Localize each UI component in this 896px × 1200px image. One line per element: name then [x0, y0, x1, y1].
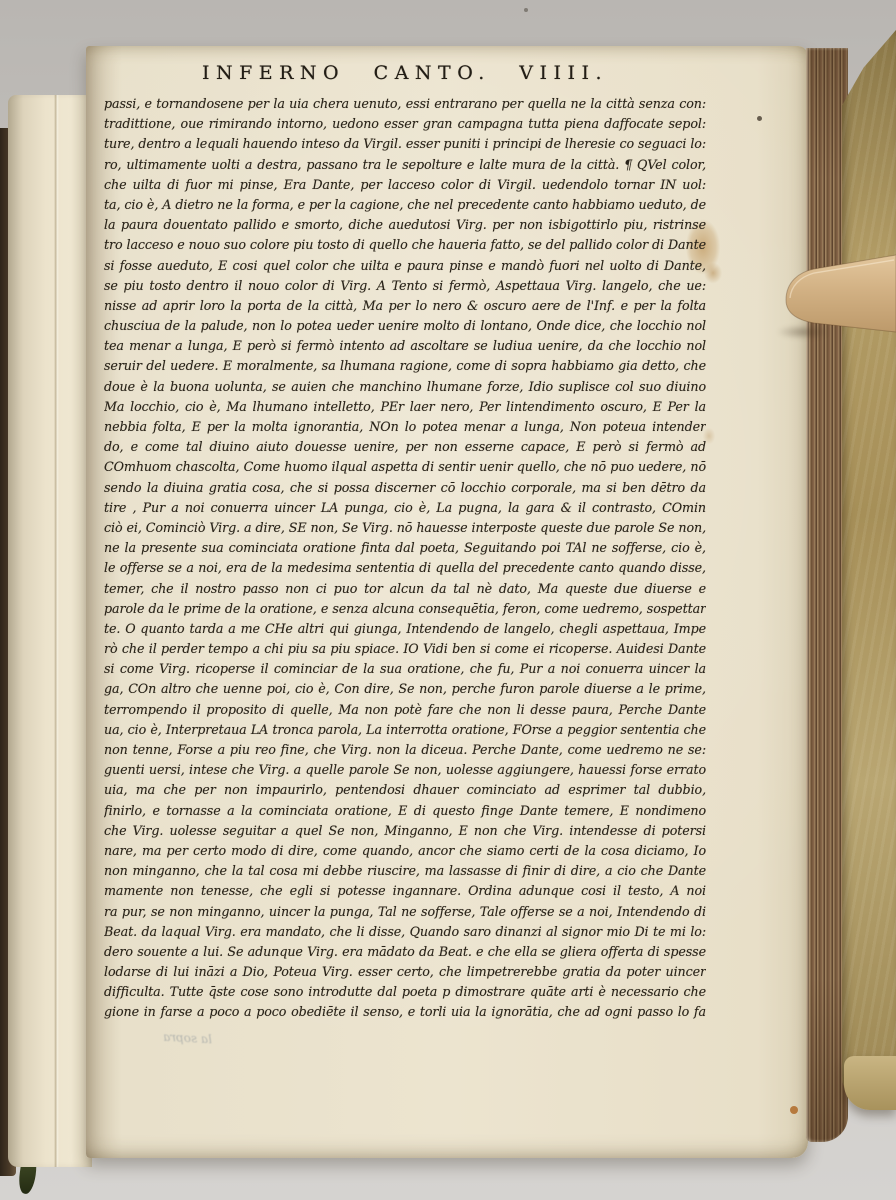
text-line: se piu tosto dentro il nouo color di Vir… [104, 276, 706, 296]
text-line: le offerse se a noi, era de la medesima … [104, 558, 706, 578]
text-line: COmhuom chascolta, Come huomo ilqual asp… [104, 457, 706, 477]
text-line: temer, che il nostro passo non ci puo to… [104, 579, 706, 599]
text-column: INFERNO CANTO. VIIII. passi, e tornandos… [104, 62, 706, 1023]
text-line: chusciua de la palude, non lo potea uede… [104, 316, 706, 336]
text-line: ture, dentro a lequali hauendo inteso da… [104, 134, 706, 154]
text-line: passi, e tornandosene per la uia chera u… [104, 94, 706, 114]
text-line: si fosse aueduto, E cosi quel color che … [104, 256, 706, 276]
text-line: ua, cio è, Interpretaua LA tronca parola… [104, 720, 706, 740]
text-line: tea menar a lunga, E però si fermò inten… [104, 336, 706, 356]
text-line: non minganno, che la tal cosa mi debbe r… [104, 861, 706, 881]
text-line: tradittione, oue rimirando intorno, uedo… [104, 114, 706, 134]
text-line: ne la presente sua cominciata oratione f… [104, 538, 706, 558]
facing-page-edge [8, 95, 92, 1167]
text-line: ga, COn altro che uenne poi, cio è, Con … [104, 679, 706, 699]
ink-speck [757, 116, 762, 121]
text-line: che uilta di fuor mi pinse, Era Dante, p… [104, 175, 706, 195]
text-line: tire , Pur a noi conuerra uincer LA pung… [104, 498, 706, 518]
text-line: la paura douentato pallido e smorto, dic… [104, 215, 706, 235]
vellum-strap [844, 1056, 896, 1110]
text-line: ciò ei, Cominciò Virg. a dire, SE non, S… [104, 518, 706, 538]
wooden-page-holder [776, 252, 896, 344]
text-line: rò che il perder tempo a chi piu sa piu … [104, 639, 706, 659]
text-line: tro lacceso e nouo suo colore piu tosto … [104, 235, 706, 255]
text-line: Beat. da laqual Virg. era mandato, che l… [104, 922, 706, 942]
page-crease [54, 95, 59, 1167]
text-line: si come Virg. ricoperse il cominciar de … [104, 659, 706, 679]
ink-speck [524, 8, 528, 12]
fore-edge-leaves [806, 48, 848, 1142]
text-line: che Virg. uolesse seguitar a quel Se non… [104, 821, 706, 841]
text-line: nebbia folta, E per la molta ignorantia,… [104, 417, 706, 437]
text-line: ro, ultimamente uolti a destra, passano … [104, 155, 706, 175]
body-text: passi, e tornandosene per la uia chera u… [104, 94, 706, 1023]
text-line: dero souente a lui. Se adunque Virg. era… [104, 942, 706, 962]
text-line: uia, ma che per non impaurirlo, pentendo… [104, 780, 706, 800]
text-line: doue è la buona uolunta, se auien che ma… [104, 377, 706, 397]
text-line: guenti uersi, intese che Virg. a quelle … [104, 760, 706, 780]
text-line: lodarse di lui ināzi a Dio, Poteua Virg.… [104, 962, 706, 982]
text-line: ta, cio è, A dietro ne la forma, e per l… [104, 195, 706, 215]
text-line: Ma locchio, cio è, Ma lhumano intelletto… [104, 397, 706, 417]
text-line: sendo la diuina gratia cosa, che si poss… [104, 478, 706, 498]
vellum-cover [842, 30, 896, 1106]
text-line: non tenne, Forse a piu reo fine, che Vir… [104, 740, 706, 760]
page-title: INFERNO CANTO. VIIII. [104, 62, 706, 84]
text-line: gione in farse a poco a poco obediēte il… [104, 1002, 706, 1022]
text-line: ra pur, se non minganno, uincer la punga… [104, 902, 706, 922]
text-line: difficulta. Tutte q̄ste cose sono introd… [104, 982, 706, 1002]
book-photograph: INFERNO CANTO. VIIII. passi, e tornandos… [0, 0, 896, 1200]
text-line: terrompendo il proposito di quelle, Ma n… [104, 700, 706, 720]
text-line: mamente non tenesse, che egli si potesse… [104, 881, 706, 901]
text-line: seruir del uedere. E moralmente, sa lhum… [104, 356, 706, 376]
text-line: te. O quanto tarda a me CHe altri qui gi… [104, 619, 706, 639]
text-line: parole da le prime de la oratione, e sen… [104, 599, 706, 619]
text-line: nisse ad aprir loro la porta de la città… [104, 296, 706, 316]
text-line: do, e come tal diuino aiuto douesse ueni… [104, 437, 706, 457]
text-line: nare, ma per certo modo di dire, come qu… [104, 841, 706, 861]
text-line: finirlo, e tornasse a la cominciata orat… [104, 801, 706, 821]
